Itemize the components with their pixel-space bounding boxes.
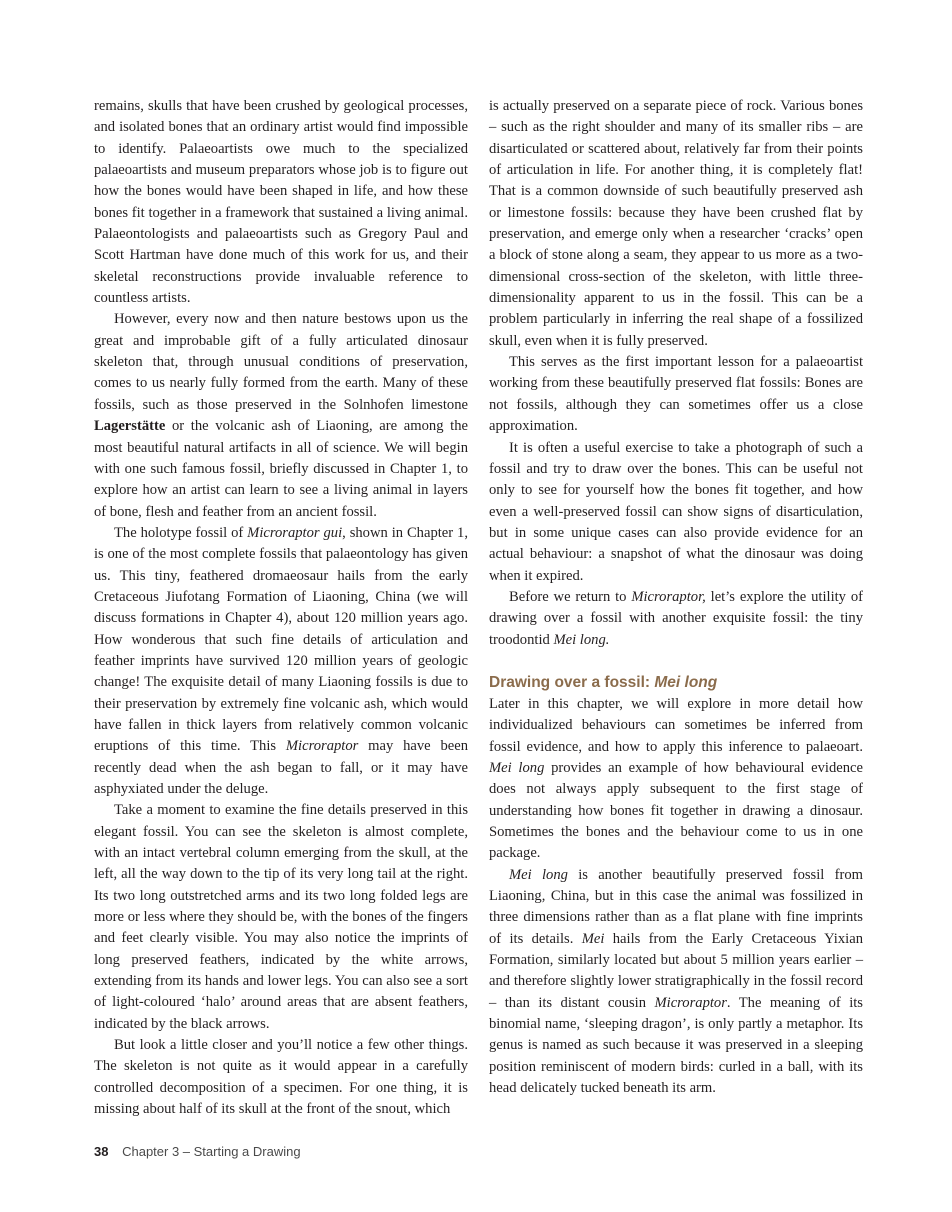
right-column-paragraph: Later in this chapter, we will explore i…	[489, 694, 863, 865]
text-run: Take a moment to examine the fine detail…	[94, 802, 468, 1031]
bold-term: Lagerstätte	[94, 418, 165, 434]
right-column-paragraph: It is often a useful exercise to take a …	[489, 438, 863, 587]
right-column: is actually preserved on a separate piec…	[489, 96, 863, 1099]
right-column-paragraph: is actually preserved on a separate piec…	[489, 96, 863, 352]
italic-term: Mei long	[509, 867, 568, 883]
left-column-paragraph: Take a moment to examine the fine detail…	[94, 800, 468, 1035]
text-run: provides an example of how behavioural e…	[489, 760, 863, 861]
right-column-paragraph: Before we return to Microraptor, let’s e…	[489, 587, 863, 651]
right-column-paragraph: Mei long is another beautifully preserve…	[489, 865, 863, 1100]
text-run: The holotype fossil of	[114, 525, 247, 541]
italic-term: Microraptor gui	[247, 525, 342, 541]
left-column-paragraph: However, every now and then nature besto…	[94, 309, 468, 522]
left-column-paragraph: But look a little closer and you’ll noti…	[94, 1035, 468, 1120]
italic-term: Microraptor	[286, 738, 358, 754]
section-heading-species: Mei long	[654, 674, 717, 691]
running-head: Chapter 3 – Starting a Drawing	[122, 1144, 300, 1159]
right-column-body-before-heading: is actually preserved on a separate piec…	[489, 96, 863, 651]
section-heading: Drawing over a fossil: Mei long	[489, 672, 863, 694]
text-run: Before we return to	[509, 589, 631, 605]
section-heading-prefix: Drawing over a fossil:	[489, 674, 654, 691]
left-column-paragraph: The holotype fossil of Microraptor gui, …	[94, 523, 468, 800]
right-column-paragraph: This serves as the first important lesso…	[489, 352, 863, 437]
text-run: However, every now and then nature besto…	[94, 311, 468, 412]
left-column-paragraph: remains, skulls that have been crushed b…	[94, 96, 468, 309]
italic-term: Mei	[582, 931, 605, 947]
right-column-body-after-heading: Later in this chapter, we will explore i…	[489, 694, 863, 1100]
left-column: remains, skulls that have been crushed b…	[94, 96, 468, 1121]
italic-term: Mei long	[489, 760, 544, 776]
italic-term: Microraptor	[654, 995, 726, 1011]
text-run: It is often a useful exercise to take a …	[489, 440, 863, 584]
text-run: , shown in Chapter 1, is one of the most…	[94, 525, 468, 754]
page-footer: 38 Chapter 3 – Starting a Drawing	[94, 1144, 301, 1159]
text-run: This serves as the first important lesso…	[489, 354, 863, 434]
text-run: remains, skulls that have been crushed b…	[94, 98, 468, 306]
italic-term: Mei long.	[553, 632, 609, 648]
text-run: Later in this chapter, we will explore i…	[489, 696, 863, 755]
text-run: But look a little closer and you’ll noti…	[94, 1037, 468, 1117]
text-run: is actually preserved on a separate piec…	[489, 98, 863, 349]
page-number: 38	[94, 1144, 108, 1159]
italic-term: Microraptor,	[631, 589, 705, 605]
